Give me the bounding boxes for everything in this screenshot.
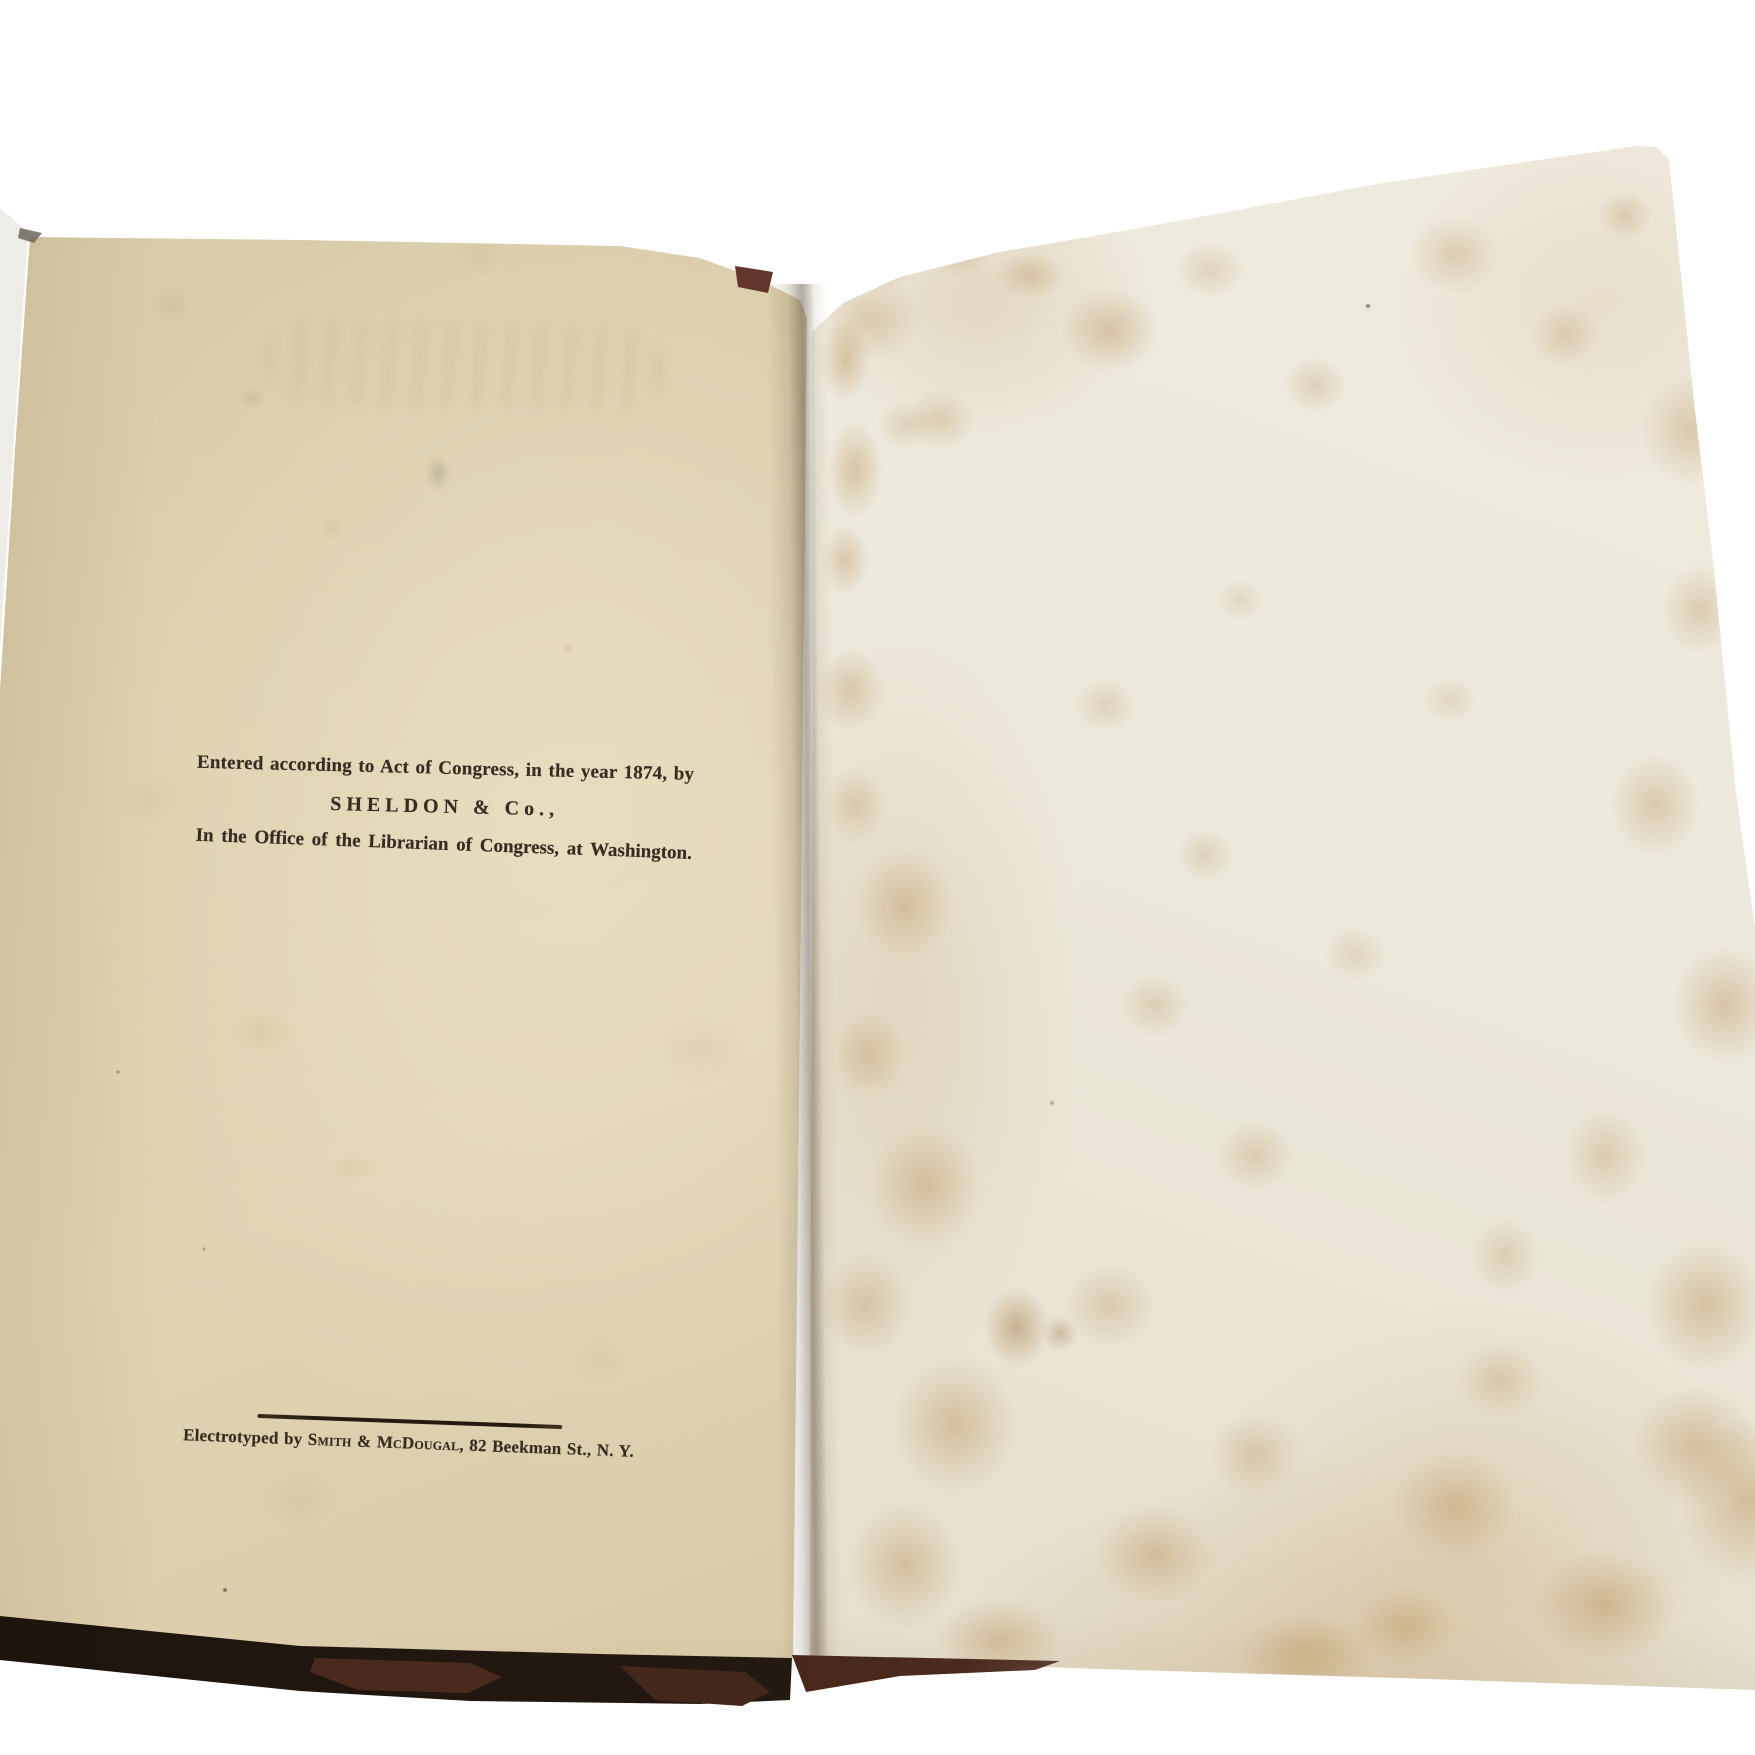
copyright-line-2: SHELDON & Co., — [125, 787, 765, 827]
colophon-rule — [257, 1414, 562, 1429]
colophon-prefix: Electrotyped by — [183, 1425, 308, 1449]
title-show-through — [264, 317, 666, 413]
faint-pencil-mark — [408, 438, 468, 508]
colophon-printer-name: Smith & McDougal — [308, 1430, 460, 1455]
book-photograph: Entered according to Act of Congress, in… — [0, 0, 1755, 1755]
copyright-notice: Entered according to Act of Congress, in… — [124, 750, 766, 864]
